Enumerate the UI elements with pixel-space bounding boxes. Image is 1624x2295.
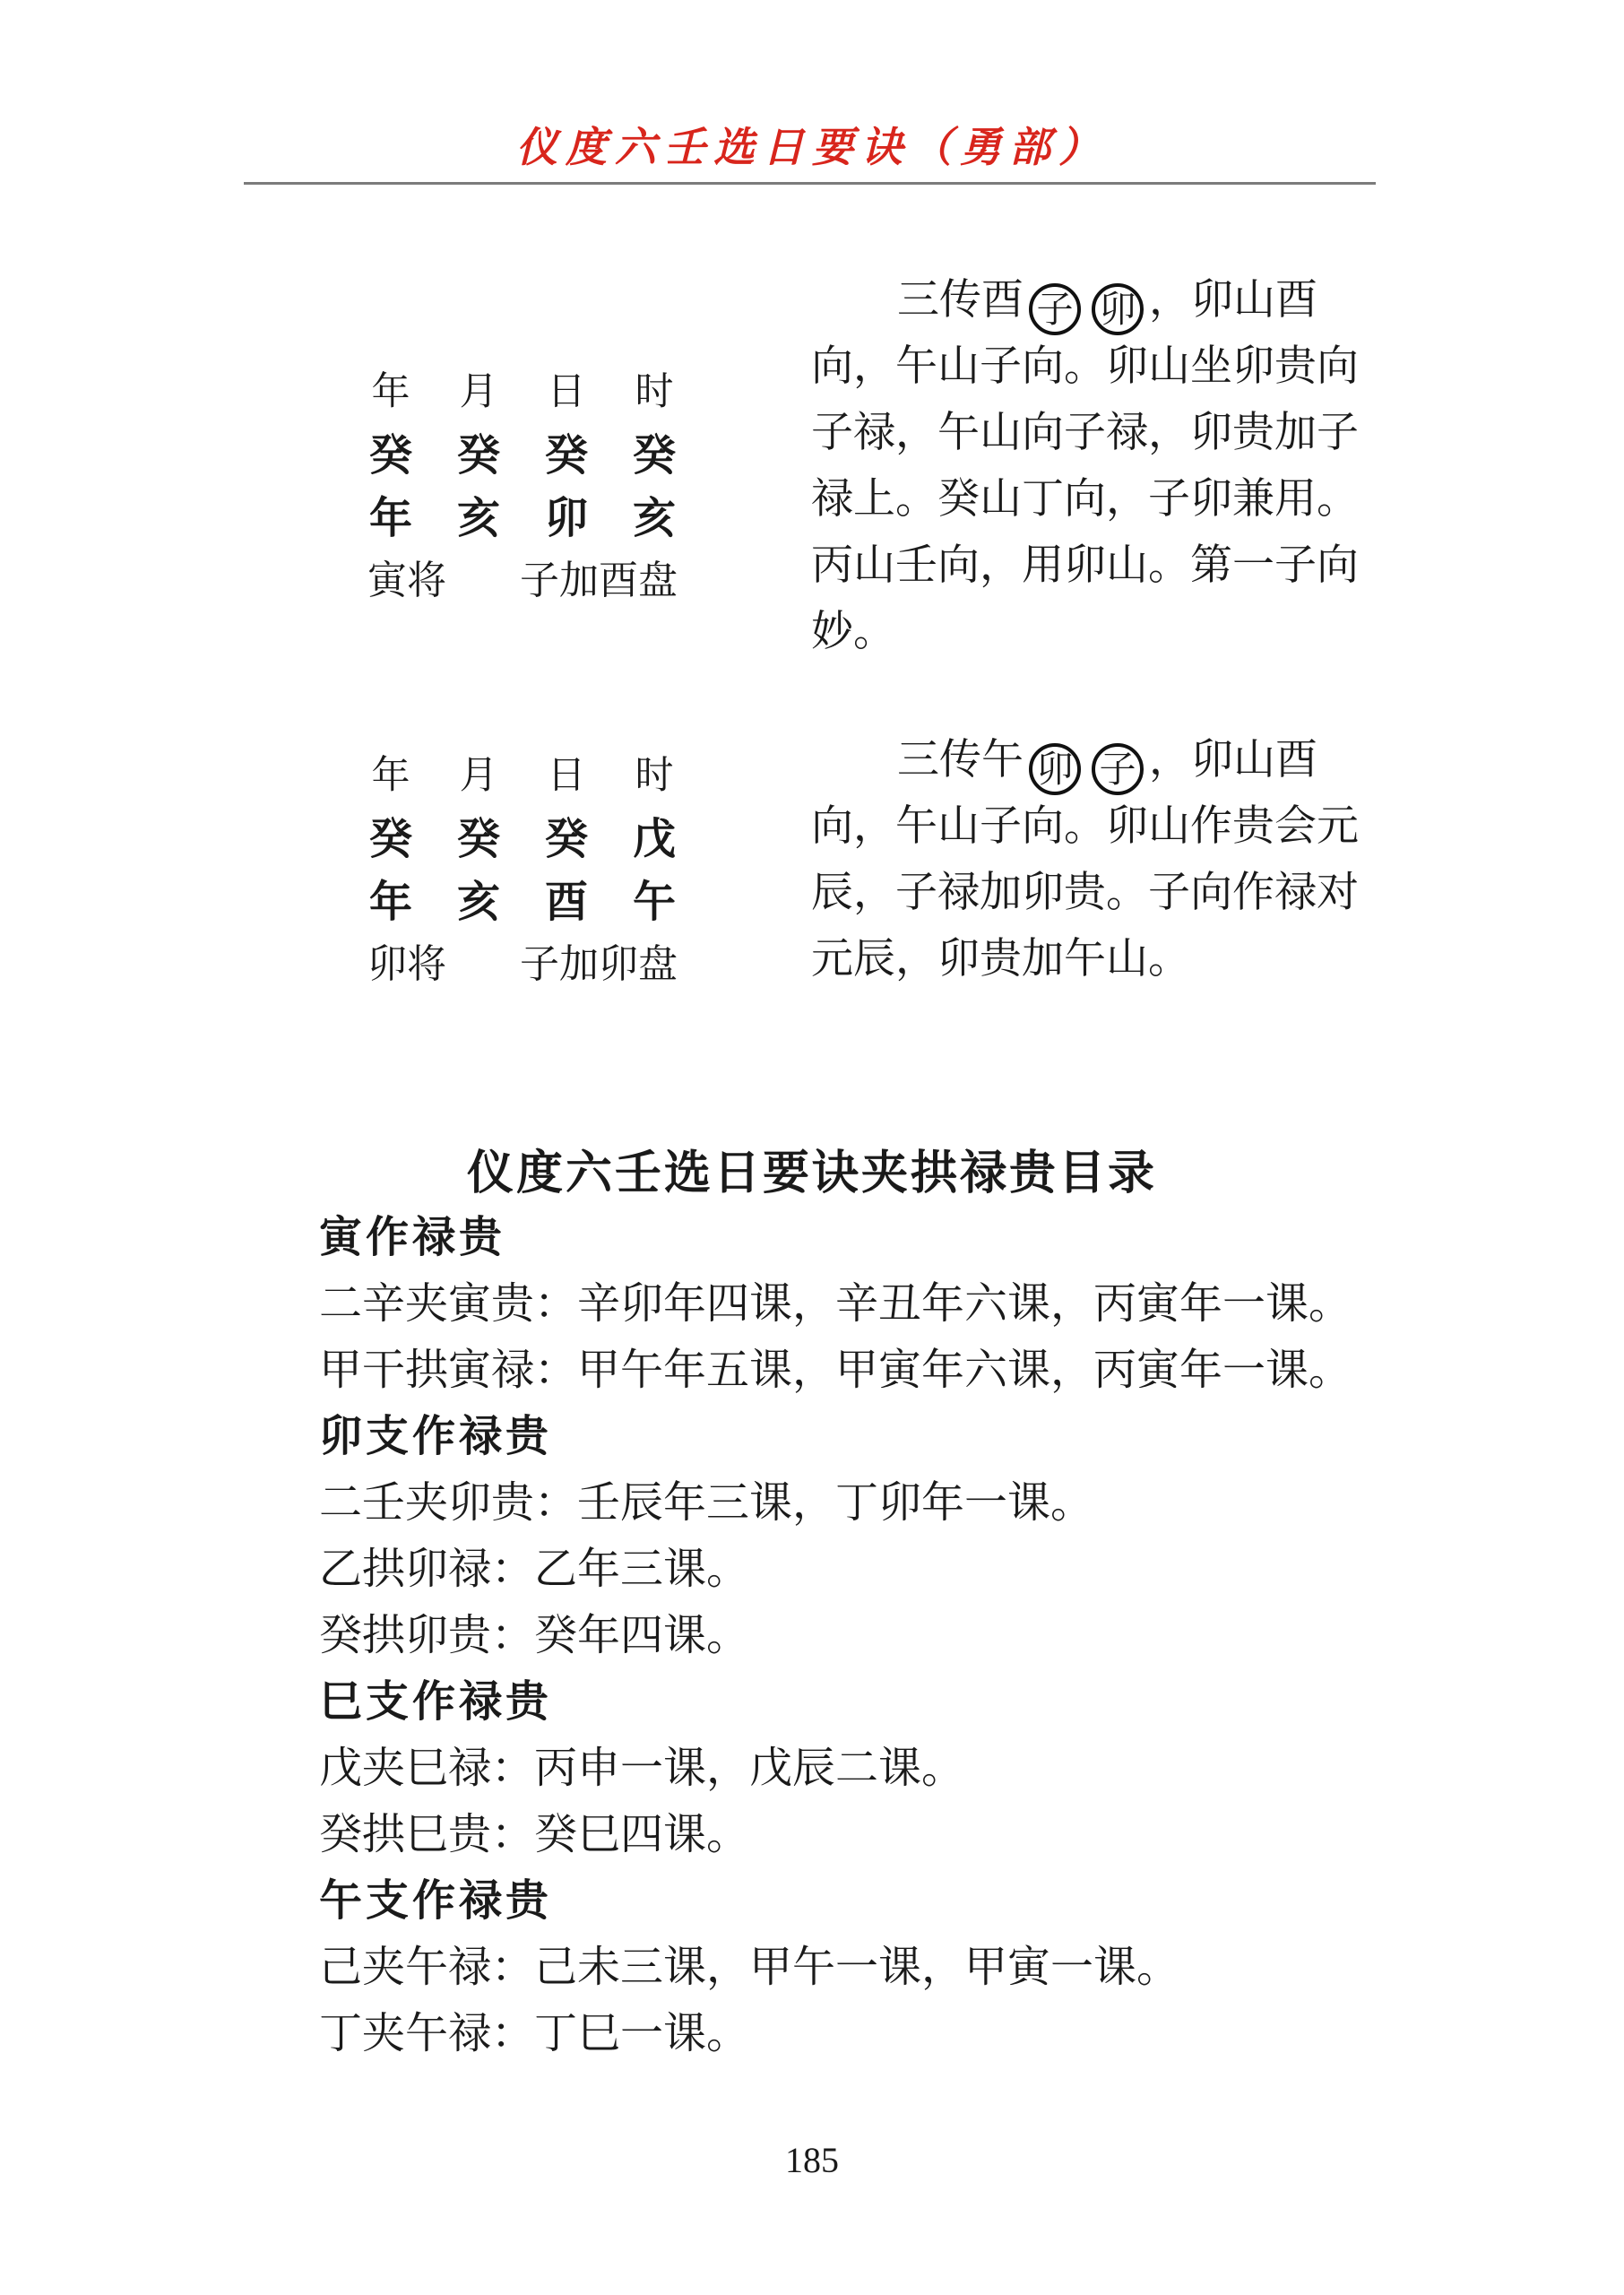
commentary-text: ，卯山酉	[1149, 737, 1317, 784]
pillar-label: 时	[631, 361, 678, 416]
pillar-labels-row: 年 月 日 时	[367, 357, 678, 420]
branch-cell: 年	[367, 483, 414, 545]
commentary-line: 子禄，午山向子禄，卯贵加子	[811, 400, 1398, 466]
page-number: 185	[0, 2139, 1624, 2181]
case2-four-pillars-table: 年 月 日 时 癸 癸 癸 戊 年 亥 酉 午 卯将 子加卯盘	[367, 740, 678, 992]
commentary-line: 妙。	[811, 599, 1398, 665]
catalog-subheading: 寅作禄贵	[319, 1205, 1439, 1271]
case1-commentary: 三传酉子卯，卯山酉 向，午山子向。卯山坐卯贵向 子禄，午山向子禄，卯贵加子 禄上…	[811, 267, 1398, 665]
circled-branch: 子	[1092, 743, 1144, 795]
commentary-line: 向，午山子向。卯山作贵会元	[811, 793, 1398, 860]
stem-cell: 癸	[455, 804, 502, 866]
pillar-label: 日	[543, 745, 590, 800]
pillar-label: 年	[367, 361, 414, 416]
catalog-section-title: 仪度六壬选日要诀夹拱禄贵目录	[0, 1135, 1624, 1202]
pillar-label: 年	[367, 745, 414, 800]
catalog-entry: 癸拱卯贵：癸年四课。	[319, 1603, 1439, 1669]
stem-cell: 癸	[631, 420, 678, 482]
catalog-entry: 癸拱巳贵：癸巳四课。	[319, 1802, 1439, 1868]
commentary-line: 三传酉子卯，卯山酉	[811, 267, 1398, 333]
branch-cell: 年	[367, 867, 414, 929]
catalog-subheading: 巳支作禄贵	[319, 1669, 1439, 1736]
catalog-entry: 乙拱卯禄：乙年三课。	[319, 1537, 1439, 1603]
branches-row: 年 亥 卯 亥	[367, 482, 678, 545]
stem-cell: 癸	[367, 420, 414, 482]
stem-cell: 戊	[631, 804, 678, 866]
catalog-subheading: 午支作禄贵	[319, 1868, 1439, 1935]
stem-cell: 癸	[455, 420, 502, 482]
branch-cell: 午	[631, 867, 678, 929]
branches-row: 年 亥 酉 午	[367, 866, 678, 929]
commentary-line: 禄上。癸山丁向，子卯兼用。	[811, 466, 1398, 533]
document-page: 仪度六壬选日要诀（勇部） 年 月 日 时 癸 癸 癸 癸 年 亥 卯 亥 寅将 …	[0, 0, 1624, 2295]
circled-branch: 卯	[1029, 743, 1081, 795]
stem-cell: 癸	[543, 420, 590, 482]
stems-row: 癸 癸 癸 癸	[367, 420, 678, 482]
branch-cell: 酉	[543, 867, 590, 929]
chart-setup-row: 寅将 子加酉盘	[367, 545, 678, 608]
chart-setup-row: 卯将 子加卯盘	[367, 929, 678, 992]
catalog-subheading: 卯支作禄贵	[319, 1404, 1439, 1470]
header-divider	[244, 182, 1376, 185]
commentary-line: 元辰，卯贵加午山。	[811, 926, 1398, 992]
circled-branch: 卯	[1092, 283, 1144, 335]
catalog-entry: 二辛夹寅贵：辛卯年四课，辛丑年六课，丙寅年一课。	[319, 1271, 1439, 1338]
branch-cell: 亥	[455, 483, 502, 545]
case2-commentary: 三传午卯子，卯山酉 向，午山子向。卯山作贵会元 辰，子禄加卯贵。子向作禄对 元辰…	[811, 727, 1398, 992]
branch-cell: 卯	[543, 483, 590, 545]
commentary-text: ，卯山酉	[1149, 277, 1317, 324]
pillar-label: 月	[455, 745, 502, 800]
monthly-general: 寅将	[367, 548, 446, 605]
branch-cell: 亥	[455, 867, 502, 929]
commentary-line: 向，午山子向。卯山坐卯贵向	[811, 333, 1398, 400]
catalog-entry: 二壬夹卯贵：壬辰年三课，丁卯年一课。	[319, 1470, 1439, 1537]
plate-setting: 子加卯盘	[520, 931, 678, 989]
monthly-general: 卯将	[367, 931, 446, 989]
book-title: 仪度六壬选日要诀（勇部）	[0, 115, 1624, 174]
circled-branch: 子	[1029, 283, 1081, 335]
commentary-line: 辰，子禄加卯贵。子向作禄对	[811, 860, 1398, 926]
plate-setting: 子加酉盘	[520, 548, 678, 605]
pillar-label: 月	[455, 361, 502, 416]
catalog-entry: 丁夹午禄：丁巳一课。	[319, 2001, 1439, 2067]
catalog-entry: 戊夹巳禄：丙申一课，戊辰二课。	[319, 1736, 1439, 1802]
commentary-line: 三传午卯子，卯山酉	[811, 727, 1398, 793]
three-transmissions-text: 三传午	[897, 737, 1024, 784]
pillar-label: 时	[631, 745, 678, 800]
pillar-label: 日	[543, 361, 590, 416]
catalog-entry: 甲干拱寅禄：甲午年五课，甲寅年六课，丙寅年一课。	[319, 1338, 1439, 1404]
stem-cell: 癸	[367, 804, 414, 866]
stems-row: 癸 癸 癸 戊	[367, 803, 678, 866]
case1-four-pillars-table: 年 月 日 时 癸 癸 癸 癸 年 亥 卯 亥 寅将 子加酉盘	[367, 357, 678, 608]
commentary-line: 丙山壬向，用卯山。第一子向	[811, 533, 1398, 599]
catalog-entry: 己夹午禄：己未三课，甲午一课，甲寅一课。	[319, 1935, 1439, 2001]
pillar-labels-row: 年 月 日 时	[367, 740, 678, 803]
branch-cell: 亥	[631, 483, 678, 545]
catalog-list: 寅作禄贵 二辛夹寅贵：辛卯年四课，辛丑年六课，丙寅年一课。 甲干拱寅禄：甲午年五…	[319, 1205, 1439, 2067]
three-transmissions-text: 三传酉	[897, 277, 1024, 324]
stem-cell: 癸	[543, 804, 590, 866]
